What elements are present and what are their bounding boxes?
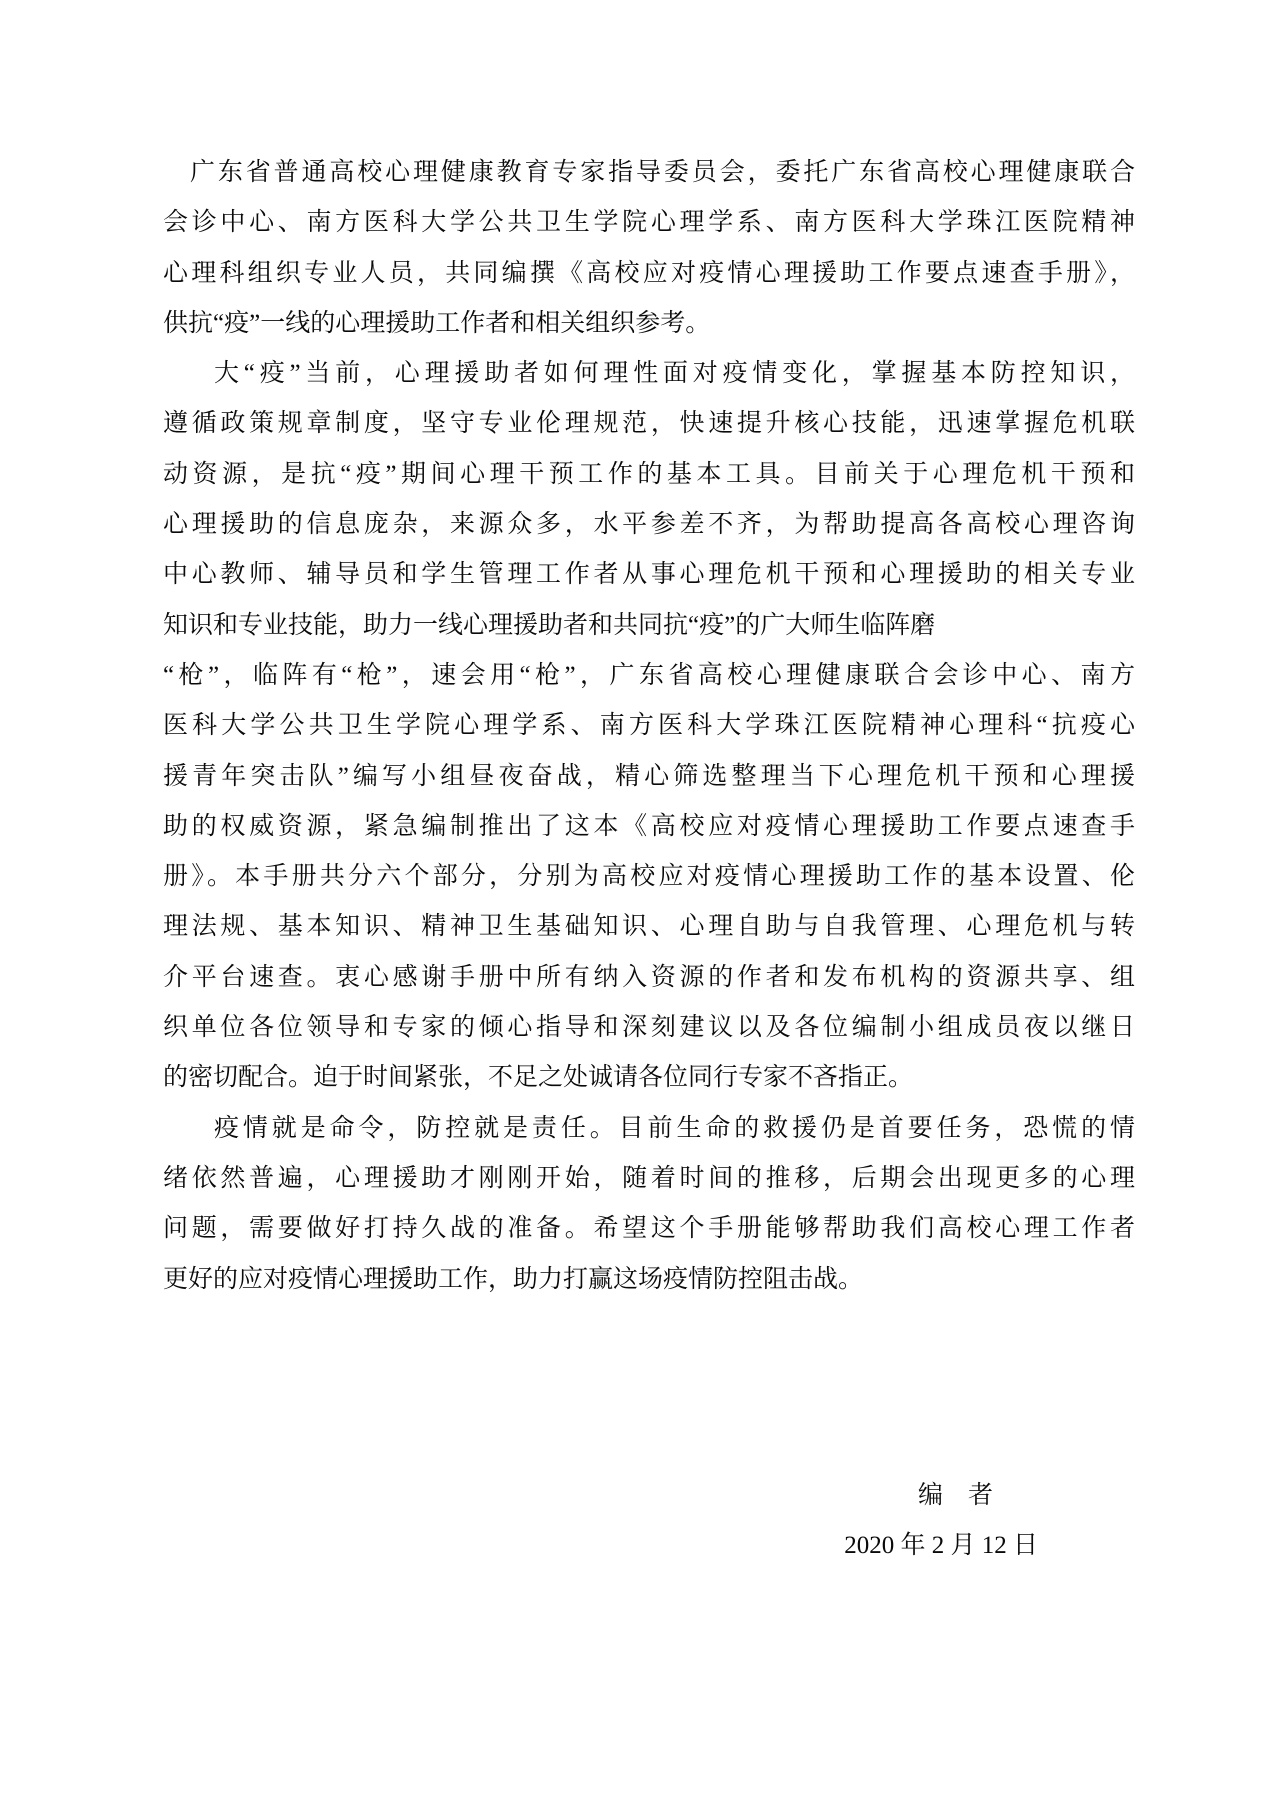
text-line: 助的权威资源，紧急编制推出了这本《高校应对疫情心理援助工作要点速查手 [163,802,1135,852]
text-line: 的密切配合。迫于时间紧张，不足之处诚请各位同行专家不吝指正。 [163,1053,1135,1103]
text-line: “枪”，临阵有“枪”，速会用“枪”，广东省高校心理健康联合会诊中心、南方 [163,651,1135,701]
text-line: 遵循政策规章制度，坚守专业伦理规范，快速提升核心技能，迅速掌握危机联 [163,399,1135,449]
text-line: 中心教师、辅导员和学生管理工作者从事心理危机干预和心理援助的相关专业 [163,550,1135,600]
text-line: 动资源，是抗“疫”期间心理干预工作的基本工具。目前关于心理危机干预和 [163,450,1135,500]
text-line: 理法规、基本知识、精神卫生基础知识、心理自助与自我管理、心理危机与转 [163,902,1135,952]
signature-date: 2020 年 2 月 12 日 [163,1521,1135,1571]
signature-block: 编 者 2020 年 2 月 12 日 [163,1471,1135,1572]
text-line: 心理科组织专业人员，共同编撰《高校应对疫情心理援助工作要点速查手册》， [163,249,1135,299]
text-line: 援青年突击队”编写小组昼夜奋战，精心筛选整理当下心理危机干预和心理援 [163,752,1135,802]
text-line: 医科大学公共卫生学院心理学系、南方医科大学珠江医院精神心理科“抗疫心 [163,701,1135,751]
preface-text-block: 广东省普通高校心理健康教育专家指导委员会，委托广东省高校心理健康联合 会诊中心、… [163,148,1135,1571]
text-line: 问题，需要做好打持久战的准备。希望这个手册能够帮助我们高校心理工作者 [163,1204,1135,1254]
text-line: 介平台速查。衷心感谢手册中所有纳入资源的作者和发布机构的资源共享、组 [163,953,1135,1003]
text-line: 织单位各位领导和专家的倾心指导和深刻建议以及各位编制小组成员夜以继日 [163,1003,1135,1053]
text-line: 知识和专业技能，助力一线心理援助者和共同抗“疫”的广大师生临阵磨 [163,601,1135,651]
text-line: 广东省普通高校心理健康教育专家指导委员会，委托广东省高校心理健康联合 [163,148,1135,198]
text-line: 供抗“疫”一线的心理援助工作者和相关组织参考。 [163,299,1135,349]
text-line: 大“疫”当前，心理援助者如何理性面对疫情变化，掌握基本防控知识， [163,349,1135,399]
text-line: 会诊中心、南方医科大学公共卫生学院心理学系、南方医科大学珠江医院精神 [163,198,1135,248]
text-line: 绪依然普遍，心理援助才刚刚开始，随着时间的推移，后期会出现更多的心理 [163,1154,1135,1204]
text-line: 疫情就是命令，防控就是责任。目前生命的救援仍是首要任务，恐慌的情 [163,1104,1135,1154]
text-line: 册》。本手册共分六个部分，分别为高校应对疫情心理援助工作的基本设置、伦 [163,852,1135,902]
text-line: 心理援助的信息庞杂，来源众多，水平参差不齐，为帮助提高各高校心理咨询 [163,500,1135,550]
text-line: 更好的应对疫情心理援助工作，助力打赢这场疫情防控阻击战。 [163,1255,1135,1305]
signature-author: 编 者 [163,1471,1135,1521]
document-page: 广东省普通高校心理健康教育专家指导委员会，委托广东省高校心理健康联合 会诊中心、… [0,0,1280,1810]
